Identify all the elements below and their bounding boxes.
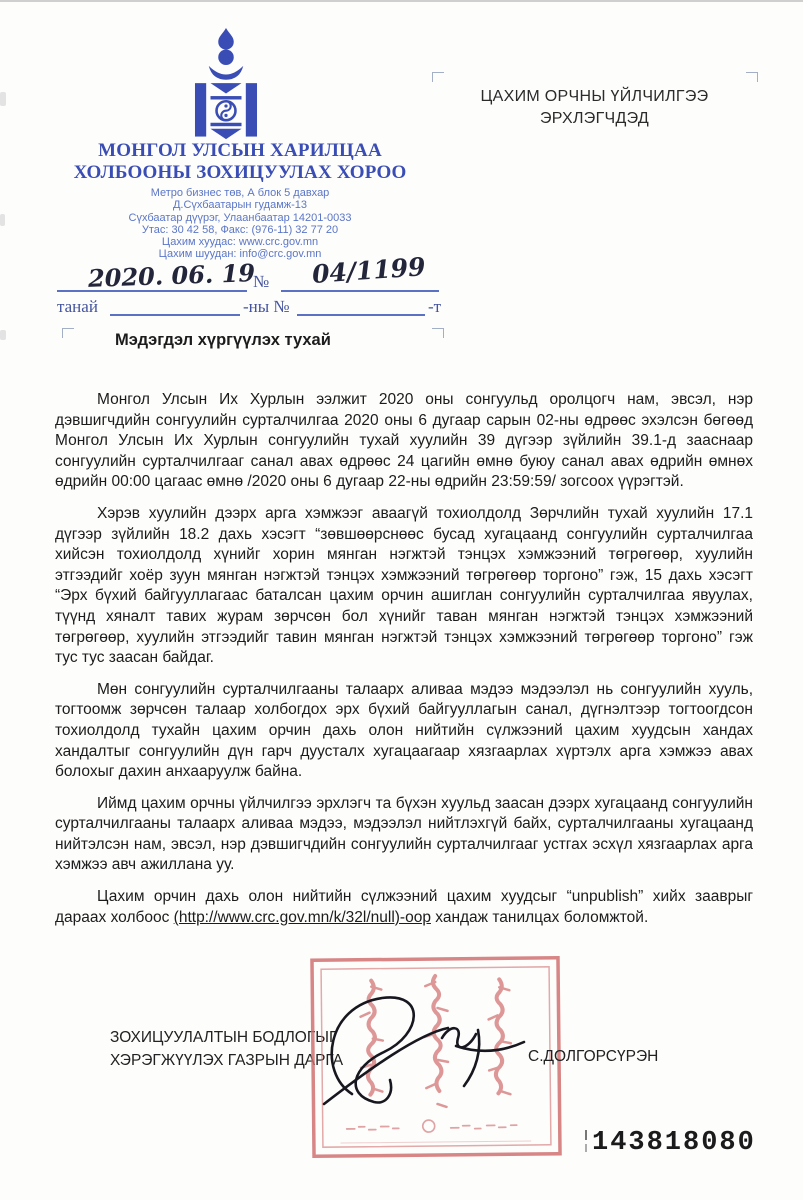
address-line: Д.Сүхбаатарын гудамж-13: [40, 199, 440, 211]
address-line: Цахим хуудас: www.crc.gov.mn: [40, 236, 440, 248]
scan-artifact: [0, 92, 6, 106]
doc-number-underline: [281, 290, 439, 292]
number-sign: №: [253, 272, 269, 292]
scan-artifact: [0, 214, 5, 226]
body-paragraph-1: Монгол Улсын Их Хурлын ээлжит 2020 оны с…: [55, 390, 753, 493]
serial-number: 143818080: [592, 1128, 756, 1158]
recipient-ref-blank2: [297, 314, 425, 316]
recipient-ref-blank1: [110, 314, 240, 316]
recipient-ref-mid: -ны №: [243, 297, 290, 317]
crc-unpublish-link[interactable]: (http://www.crc.gov.mn/k/32l/null)-оор: [174, 909, 431, 926]
corner-mark-subject-right: [432, 328, 444, 338]
recipient-ref-suffix: -т: [428, 297, 441, 317]
recipient-line2: ЭРХЛЭГЧДЭД: [432, 108, 757, 130]
body-paragraph-5-tail: хандаж танилцах боломжтой.: [431, 909, 648, 926]
org-name-line2: ХОЛБООНЫ ЗОХИЦУУЛАХ ХОРОО: [40, 162, 440, 184]
body-paragraph-3: Мөн сонгуулийн сурталчилгааны талаарх ал…: [55, 680, 753, 783]
scan-artifact-top-edge: [0, 0, 803, 2]
scanned-letter-page: МОНГОЛ УЛСЫН ХАРИЛЦАА ХОЛБООНЫ ЗОХИЦУУЛА…: [0, 0, 803, 1200]
corner-mark-recipient-right: [746, 72, 758, 82]
handwritten-date: 2020. 06. 19: [88, 258, 256, 293]
serial-tick-mark: [585, 1144, 587, 1152]
serial-tick-mark: [585, 1130, 587, 1140]
recipient-ref-prefix: танай: [57, 297, 98, 317]
soyombo-logo-icon: [191, 28, 261, 140]
address-line: Метро бизнес төв, А блок 5 давхар: [40, 187, 440, 199]
signer-name: С.ДОЛГОРСҮРЭН: [528, 1048, 658, 1066]
date-underline: [57, 290, 247, 292]
org-address: Метро бизнес төв, А блок 5 давхар Д.Сүхб…: [40, 187, 440, 261]
address-line: Сүхбаатар дүүрэг, Улаанбаатар 14201-0033: [40, 212, 440, 224]
corner-mark-subject-left: [62, 328, 74, 338]
body-paragraph-5: Цахим орчин дахь олон нийтийн сүлжээний …: [55, 887, 753, 928]
corner-mark-recipient-left: [432, 72, 444, 82]
handwritten-signature: [290, 972, 560, 1132]
recipient-line1: ЦАХИМ ОРЧНЫ ҮЙЛЧИЛГЭЭ: [432, 86, 757, 108]
address-line: Утас: 30 42 58, Факс: (976-11) 32 77 20: [40, 224, 440, 236]
subject-line: Мэдэгдэл хүргүүлэх тухай: [115, 331, 331, 350]
org-name: МОНГОЛ УЛСЫН ХАРИЛЦАА ХОЛБООНЫ ЗОХИЦУУЛА…: [40, 140, 440, 184]
letter-body: Монгол Улсын Их Хурлын ээлжит 2020 оны с…: [55, 390, 753, 939]
body-paragraph-4: Иймд цахим орчны үйлчилгээ эрхлэгч та бү…: [55, 794, 753, 876]
body-paragraph-2: Хэрэв хуулийн дээрх арга хэмжээг аваагүй…: [55, 504, 753, 669]
recipient-block: ЦАХИМ ОРЧНЫ ҮЙЛЧИЛГЭЭ ЭРХЛЭГЧДЭД: [432, 86, 757, 130]
scan-artifact: [0, 330, 6, 340]
org-name-line1: МОНГОЛ УЛСЫН ХАРИЛЦАА: [40, 140, 440, 162]
